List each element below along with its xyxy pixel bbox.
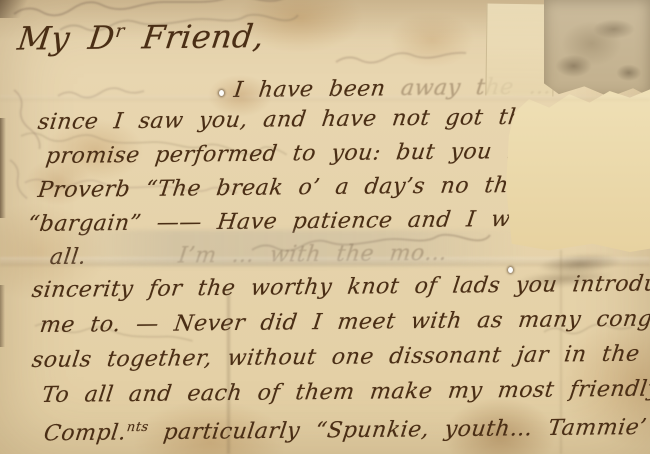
salutation: My Dr Friend, [16, 15, 267, 53]
fold-crease-vertical [227, 290, 230, 454]
salutation-text: My D [15, 19, 117, 58]
repair-patch-light [506, 86, 650, 252]
fold-crease-vertical [560, 250, 562, 454]
line-text: particularly “Spunkie, youth… Tammie’ [146, 415, 648, 445]
line-text: Compl. [42, 420, 127, 446]
letter-line: Proverb “The break o’ a day’s no the br [36, 171, 565, 206]
letter-line: promise performed to you: but you kno [44, 137, 552, 172]
letter-line: To all and each of them make my most fri… [40, 375, 650, 411]
line-superscript: nts [126, 420, 150, 435]
fold-crease-horizontal [0, 257, 650, 266]
letter-line: me to. — Never did I meet with as many c… [38, 304, 650, 341]
fold-crease-horizontal [0, 95, 650, 101]
letter-line: since I saw you, and have not got the wh [36, 102, 588, 138]
torn-edge-mark [0, 285, 5, 347]
letter-scan: My Dr Friend, I have been away the … sin… [0, 0, 650, 454]
repair-patch-dark [544, 0, 650, 97]
salutation-text: Friend, [121, 17, 266, 56]
letter-line: Compl.nts particularly “Spunkie, youth… … [42, 408, 649, 450]
torn-edge-mark [0, 0, 32, 18]
letter-line: souls together, without one dissonant ja… [30, 339, 650, 376]
pin-hole [219, 90, 224, 96]
torn-edge-mark [0, 118, 6, 218]
pin-hole [508, 267, 513, 273]
